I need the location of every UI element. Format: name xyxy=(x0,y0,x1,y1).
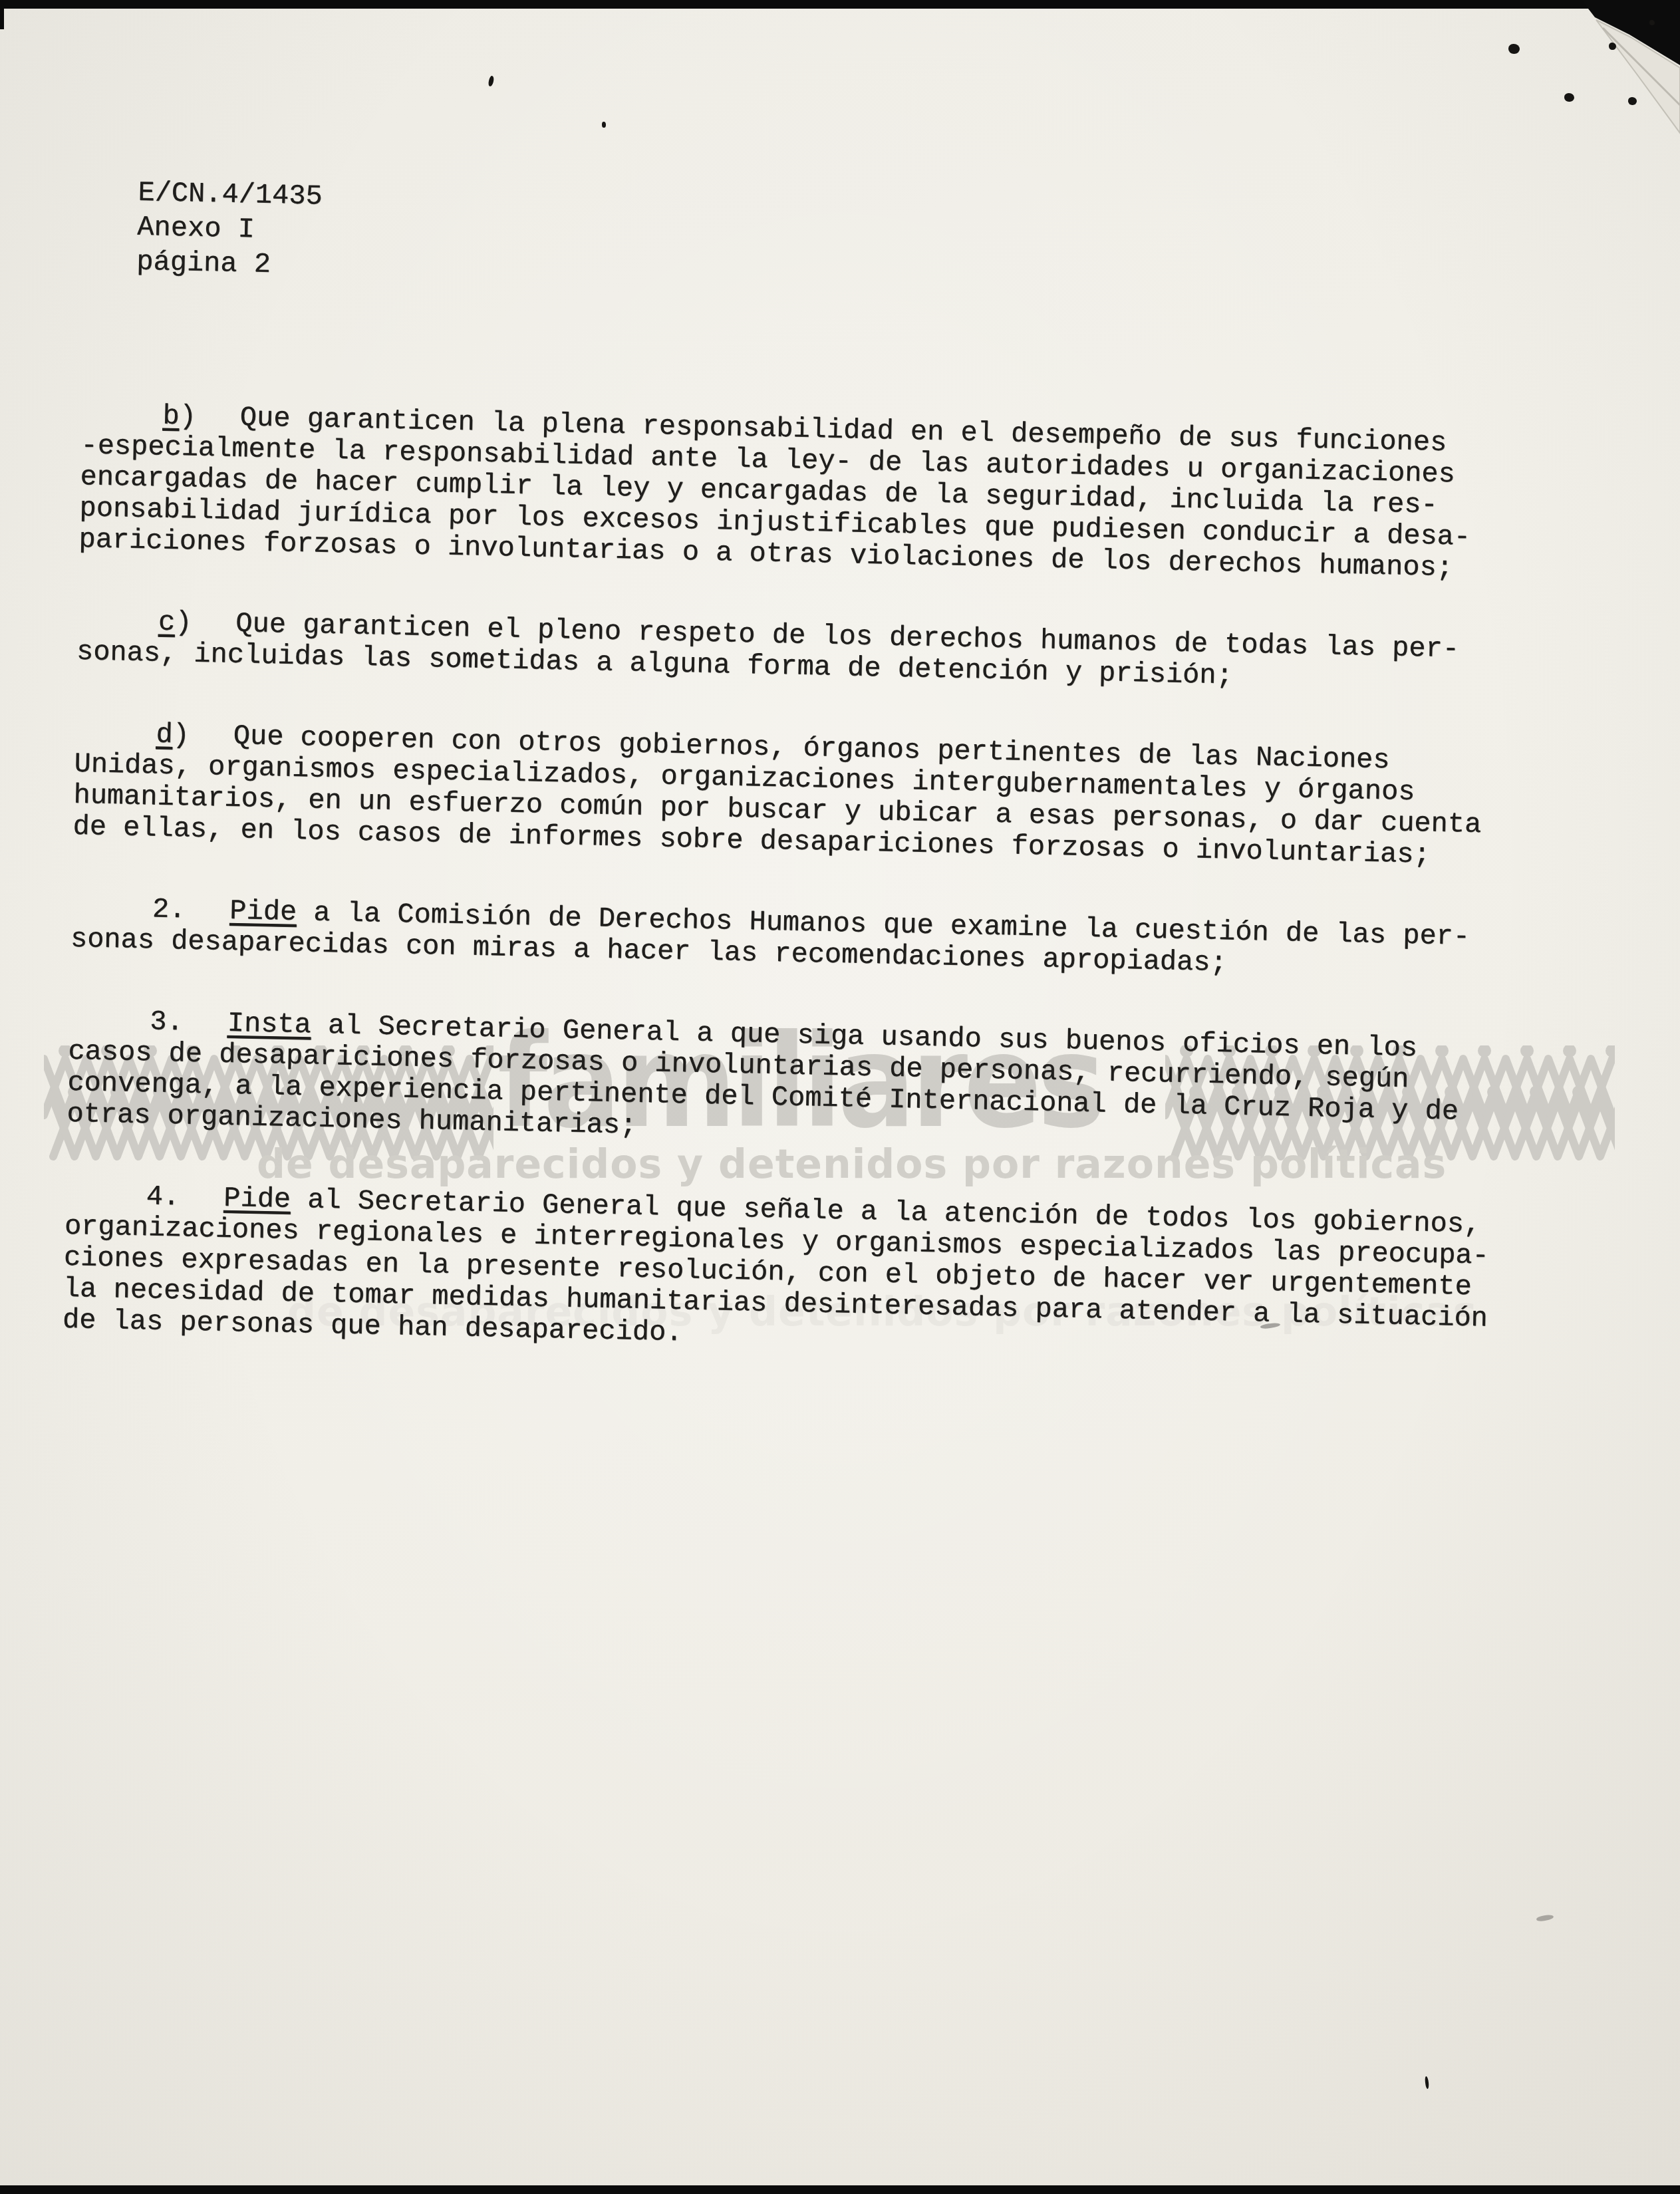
paragraph-3: 3.Insta al Secretario General a que siga… xyxy=(67,1005,1572,1161)
scanned-paper-sheet: familiares de desaparecidos y detenidos … xyxy=(0,0,1680,2194)
paragraph-2: 2.Pide a la Comisión de Derechos Humanos… xyxy=(70,892,1574,986)
operative-keyword: Pide xyxy=(229,895,297,928)
paragraph-b: b)Que garanticen la plena responsabilida… xyxy=(78,399,1584,587)
paragraph-c: c)Que garanticen el pleno respeto de los… xyxy=(76,605,1580,699)
document-body: b)Que garanticen la plena responsabilida… xyxy=(62,399,1584,1367)
document-content: E/CN.4/1435 Anexo I página 2 b)Que garan… xyxy=(62,174,1589,1367)
operative-keyword: Pide xyxy=(223,1182,291,1216)
paragraph-4: 4.Pide al Secretario General que señale … xyxy=(62,1180,1568,1367)
operative-keyword: Insta xyxy=(227,1008,311,1041)
paragraph-d: d)Que cooperen con otros gobiernos, órga… xyxy=(72,718,1578,874)
